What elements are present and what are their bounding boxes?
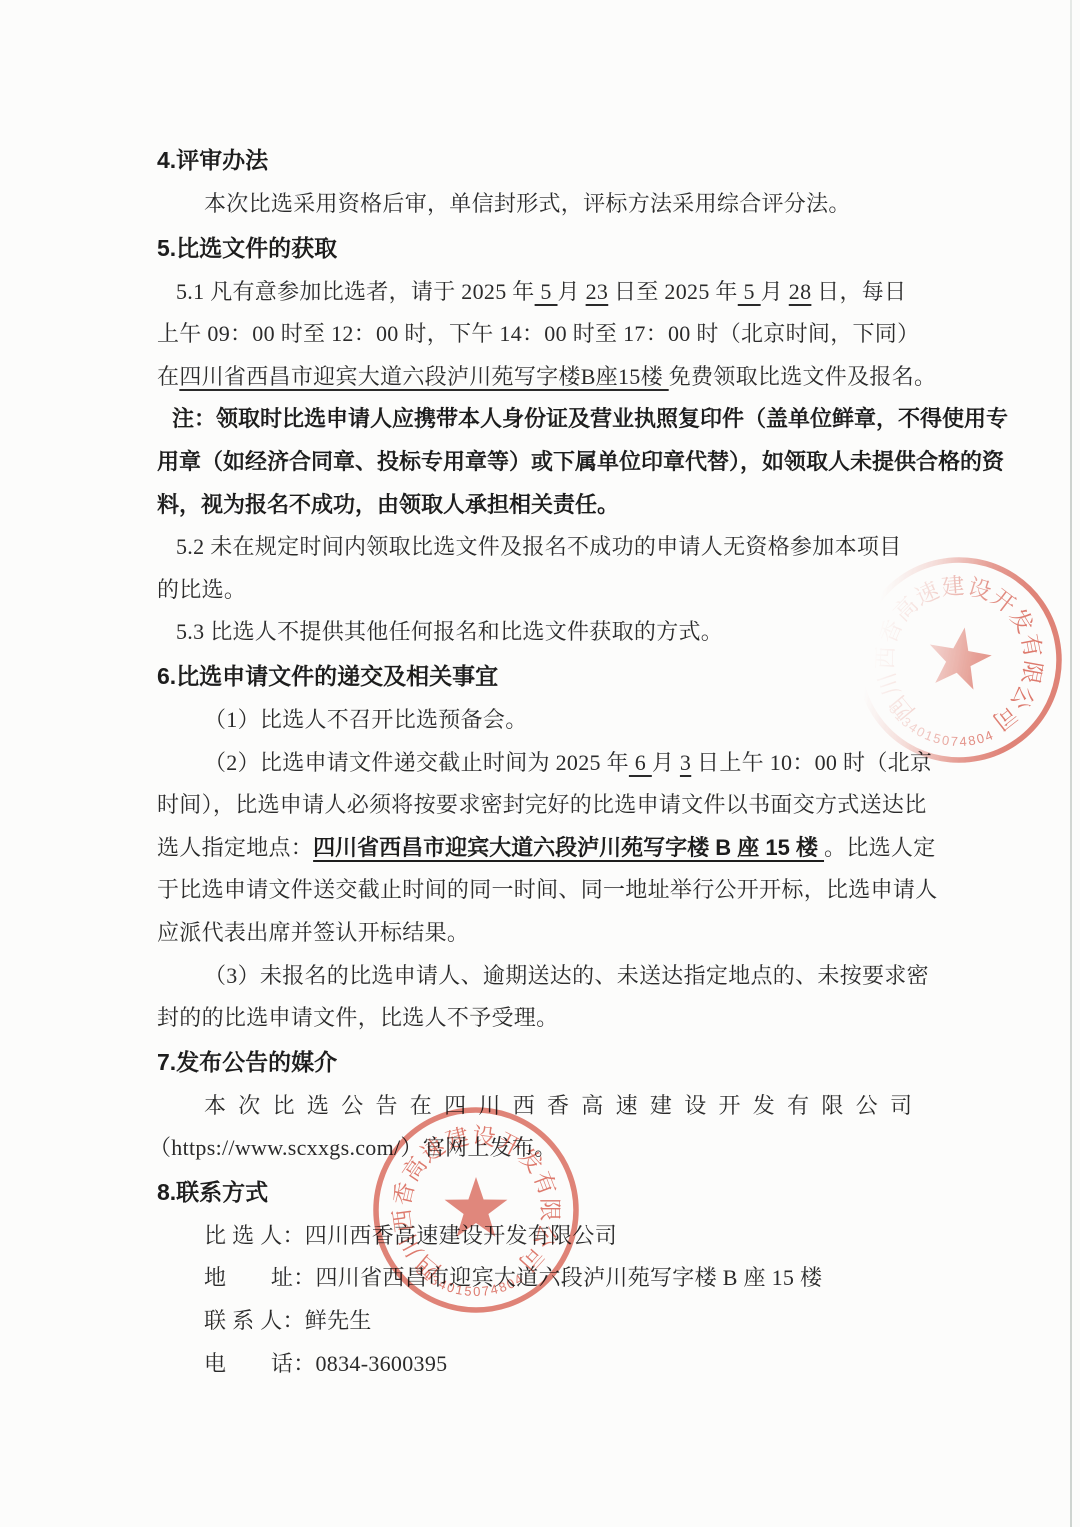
text-segment: 封的的比选申请文件，比选人不予受理。 — [157, 1005, 558, 1030]
text-segment: 5.1 凡有意参加比选者，请于 2025 年 — [176, 279, 535, 304]
heading-4: 4.评审办法 — [157, 138, 947, 183]
text-segment: 6 — [629, 750, 652, 775]
text-segment: 月 — [652, 750, 680, 775]
para-6-2-line3: 选人指定地点：四川省西昌市迎宾大道六段泸川苑写字楼 B 座 15 楼 。比选人定 — [157, 827, 947, 870]
text-segment: 日至 2025 年 — [608, 279, 738, 304]
text-segment: 4.评审办法 — [157, 147, 268, 173]
para-6-2-line5: 应派代表出席并签认开标结果。 — [157, 912, 947, 955]
note-line1: 注：领取时比选申请人应携带本人身份证及营业执照复印件（盖单位鲜章，不得使用专 — [172, 398, 947, 441]
text-segment: 5.2 未在规定时间内领取比选文件及报名不成功的申请人无资格参加本项目 — [176, 534, 902, 559]
text-segment: 7.发布公告的媒介 — [157, 1049, 337, 1075]
text-segment: 日，每日 — [811, 279, 906, 304]
para-6-2-line2: 时间），比选申请人必须将按要求密封完好的比选申请文件以书面交方式送达比 — [157, 784, 947, 827]
para-6-3-line2: 封的的比选申请文件，比选人不予受理。 — [157, 997, 947, 1040]
star-icon — [923, 622, 995, 692]
text-segment: 时间），比选申请人必须将按要求密封完好的比选申请文件以书面交方式送达比 — [157, 792, 927, 817]
para-5-1-line1: 5.1 凡有意参加比选者，请于 2025 年 5 月 23 日至 2025 年 … — [176, 271, 947, 314]
text-segment: 联 系 人：鲜先生 — [204, 1308, 372, 1333]
heading-7: 7.发布公告的媒介 — [157, 1040, 947, 1085]
text-segment: 应派代表出席并签认开标结果。 — [157, 920, 469, 945]
text-segment: 23 — [586, 279, 609, 304]
text-segment: 3 — [680, 750, 691, 775]
text-segment: 于比选申请文件送交截止时间的同一时间、同一地址举行公开开标，比选申请人 — [157, 877, 938, 902]
para-5-3: 5.3 比选人不提供其他任何报名和比选文件获取的方式。 — [176, 611, 947, 654]
svg-text:5134015074804: 5134015074804 — [882, 700, 1001, 756]
heading-6: 6.比选申请文件的递交及相关事宜 — [157, 654, 947, 699]
para-5-1-line2: 上午 09：00 时至 12：00 时，下午 14：00 时至 17：00 时（… — [157, 313, 947, 356]
text-segment: 5.3 比选人不提供其他任何报名和比选文件获取的方式。 — [176, 619, 723, 644]
para-4-1: 本次比选采用资格后审，单信封形式，评标方法采用综合评分法。 — [204, 183, 947, 226]
text-segment: 5 — [535, 279, 558, 304]
company-seal-stamp: 四川西香高速建设开发有限公司 5134015074804 — [366, 1100, 586, 1320]
text-segment: 在 — [157, 364, 179, 389]
text-segment: 四川省西昌市迎宾大道六段泸川苑写字楼B座15楼 — [179, 364, 668, 389]
para-5-1-line3: 在四川省西昌市迎宾大道六段泸川苑写字楼B座15楼 免费领取比选文件及报名。 — [157, 356, 947, 399]
contact-phone: 电 话：0834-3600395 — [204, 1343, 947, 1386]
text-segment: 28 — [789, 279, 812, 304]
para-6-3-line1: （3）未报名的比选申请人、逾期送达的、未送达指定地点的、未按要求密 — [204, 955, 947, 998]
text-segment: 上午 09：00 时至 12：00 时，下午 14：00 时至 17：00 时（… — [157, 321, 919, 346]
heading-5: 5.比选文件的获取 — [157, 226, 947, 271]
text-segment: 注：领取时比选申请人应携带本人身份证及营业执照复印件（盖单位鲜章，不得使用专 — [172, 406, 1008, 431]
text-segment: （1）比选人不召开比选预备会。 — [204, 707, 528, 732]
text-segment: 选人指定地点： — [157, 835, 313, 860]
text-segment: 用章（如经济合同章、投标专用章等）或下属单位印章代替），如领取人未提供合格的资 — [157, 449, 1004, 474]
para-5-2-line1: 5.2 未在规定时间内领取比选文件及报名不成功的申请人无资格参加本项目 — [176, 526, 947, 569]
note-line3: 料，视为报名不成功，由领取人承担相关责任。 — [157, 484, 947, 527]
text-segment: 。比选人定 — [824, 835, 936, 860]
text-segment: （3）未报名的比选申请人、逾期送达的、未送达指定地点的、未按要求密 — [204, 963, 929, 988]
text-segment: 免费领取比选文件及报名。 — [669, 364, 937, 389]
text-segment: 5.比选文件的获取 — [157, 235, 337, 261]
text-segment: 四川省西昌市迎宾大道六段泸川苑写字楼 B 座 15 楼 — [313, 835, 824, 860]
para-6-2-line4: 于比选申请文件送交截止时间的同一时间、同一地址举行公开开标，比选申请人 — [157, 869, 947, 912]
company-seal-stamp-right: 四川西香高速建设开发有限公司 5134015074804 — [832, 533, 1080, 788]
text-segment: 本次比选采用资格后审，单信封形式，评标方法采用综合评分法。 — [204, 191, 851, 216]
text-segment: 电 话：0834-3600395 — [204, 1351, 447, 1376]
seal-serial-number: 5134015074804 — [882, 700, 1001, 756]
para-5-2-line2: 的比选。 — [157, 569, 947, 612]
text-segment: 月 — [761, 279, 789, 304]
text-segment: 料，视为报名不成功，由领取人承担相关责任。 — [157, 492, 619, 517]
star-icon — [445, 1177, 508, 1237]
text-segment: 的比选。 — [157, 577, 246, 602]
text-segment: （2）比选申请文件递交截止时间为 2025 年 — [204, 750, 629, 775]
text-segment: 8.联系方式 — [157, 1179, 268, 1205]
text-segment: 5 — [738, 279, 761, 304]
scan-edge-artifact — [1070, 0, 1072, 1527]
note-line2: 用章（如经济合同章、投标专用章等）或下属单位印章代替），如领取人未提供合格的资 — [157, 441, 947, 484]
text-segment: 月 — [558, 279, 586, 304]
document-page: 4.评审办法本次比选采用资格后审，单信封形式，评标方法采用综合评分法。5.比选文… — [0, 0, 1080, 1527]
text-segment: 6.比选申请文件的递交及相关事宜 — [157, 663, 498, 689]
